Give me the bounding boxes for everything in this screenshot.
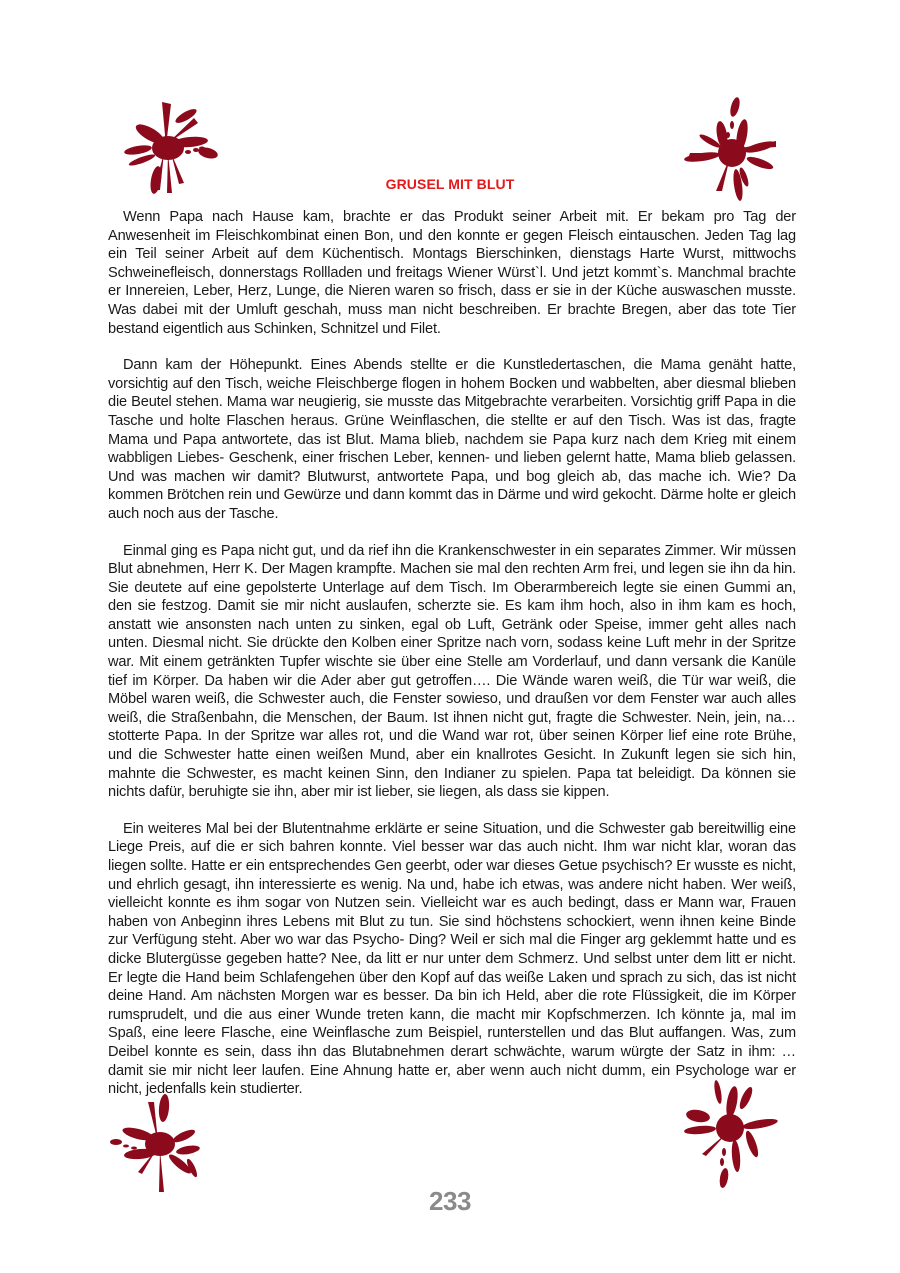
- blood-splatter-icon: [108, 1092, 218, 1197]
- page-title: GRUSEL MIT BLUT: [0, 176, 900, 192]
- paragraph: Dann kam der Höhepunkt. Eines Abends ste…: [108, 356, 796, 523]
- paragraph: Ein weiteres Mal bei der Blutentnahme er…: [108, 820, 796, 1099]
- paragraph: Wenn Papa nach Hause kam, brachte er das…: [108, 208, 796, 338]
- article-body: Wenn Papa nach Hause kam, brachte er das…: [108, 208, 796, 1117]
- blood-splatter-icon: [678, 1080, 788, 1190]
- paragraph: Einmal ging es Papa nicht gut, und da ri…: [108, 542, 796, 802]
- page-number: 233: [0, 1186, 900, 1217]
